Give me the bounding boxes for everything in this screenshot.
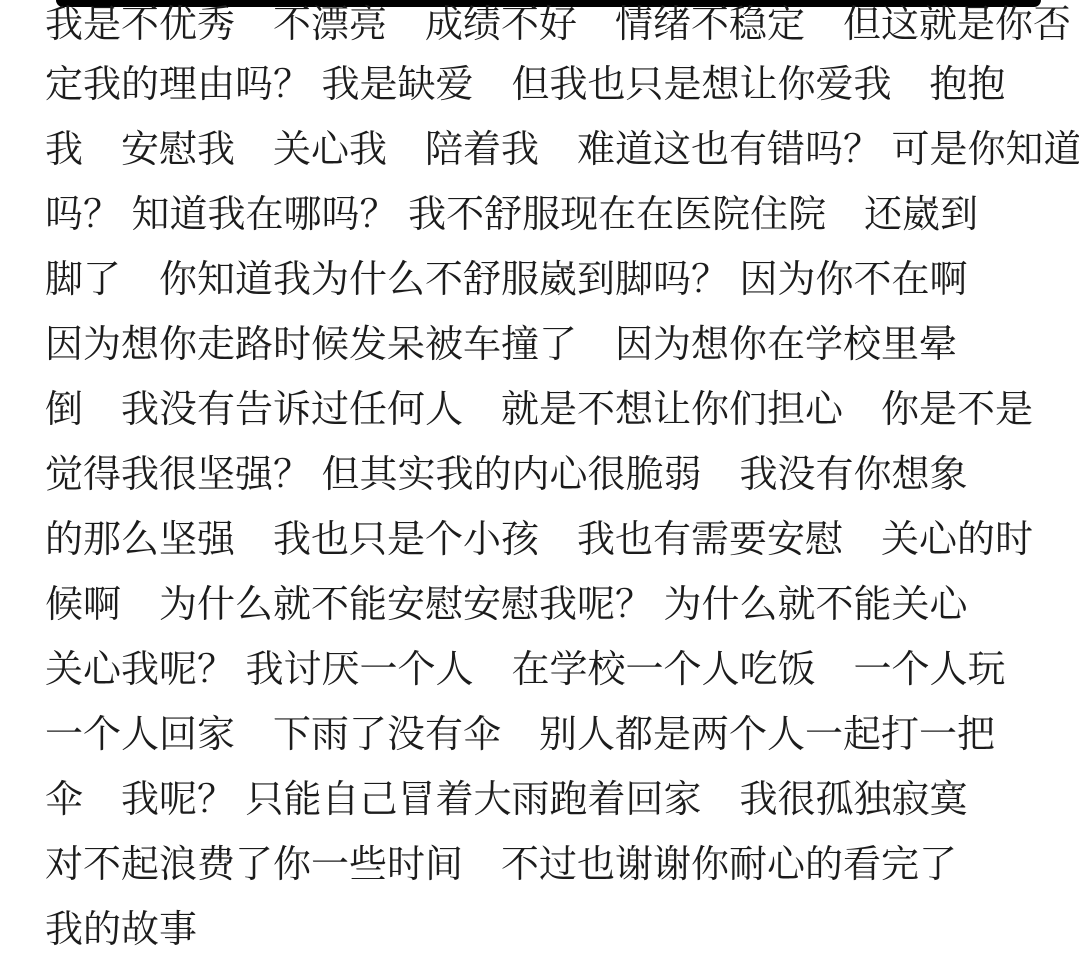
story-line: 对不起浪费了你一些时间 不过也谢谢你耐心的看完了 (45, 833, 1079, 898)
story-line: 关心我呢？ 我讨厌一个人 在学校一个人吃饭 一个人玩 (45, 638, 1079, 703)
story-line: 一个人回家 下雨了没有伞 别人都是两个人一起打一把 (45, 703, 1079, 768)
story-line: 觉得我很坚强？ 但其实我的内心很脆弱 我没有你想象 (45, 443, 1079, 508)
screenshot-root: { "page": { "background_color": "#ffffff… (0, 0, 1079, 958)
story-line: 倒 我没有告诉过任何人 就是不想让你们担心 你是不是 (45, 378, 1079, 443)
story-line: 我 安慰我 关心我 陪着我 难道这也有错吗？ 可是你知道 (45, 118, 1079, 183)
story-line: 定我的理由吗？ 我是缺爱 但我也只是想让你爱我 抱抱 (45, 53, 1079, 118)
story-line: 我是不优秀 不漂亮 成绩不好 情绪不稳定 但这就是你否 (45, 0, 1079, 53)
story-line: 脚了 你知道我为什么不舒服崴到脚吗？ 因为你不在啊 (45, 248, 1079, 313)
story-line: 我的故事 (45, 898, 1079, 958)
story-line: 吗？ 知道我在哪吗？ 我不舒服现在在医院住院 还崴到 (45, 183, 1079, 248)
story-line: 伞 我呢？ 只能自己冒着大雨跑着回家 我很孤独寂寞 (45, 768, 1079, 833)
story-line: 的那么坚强 我也只是个小孩 我也有需要安慰 关心的时 (45, 508, 1079, 573)
story-text-block: 我是不优秀 不漂亮 成绩不好 情绪不稳定 但这就是你否 定我的理由吗？ 我是缺爱… (45, 0, 1079, 958)
story-line: 候啊 为什么就不能安慰安慰我呢？ 为什么就不能关心 (45, 573, 1079, 638)
story-line: 因为想你走路时候发呆被车撞了 因为想你在学校里晕 (45, 313, 1079, 378)
